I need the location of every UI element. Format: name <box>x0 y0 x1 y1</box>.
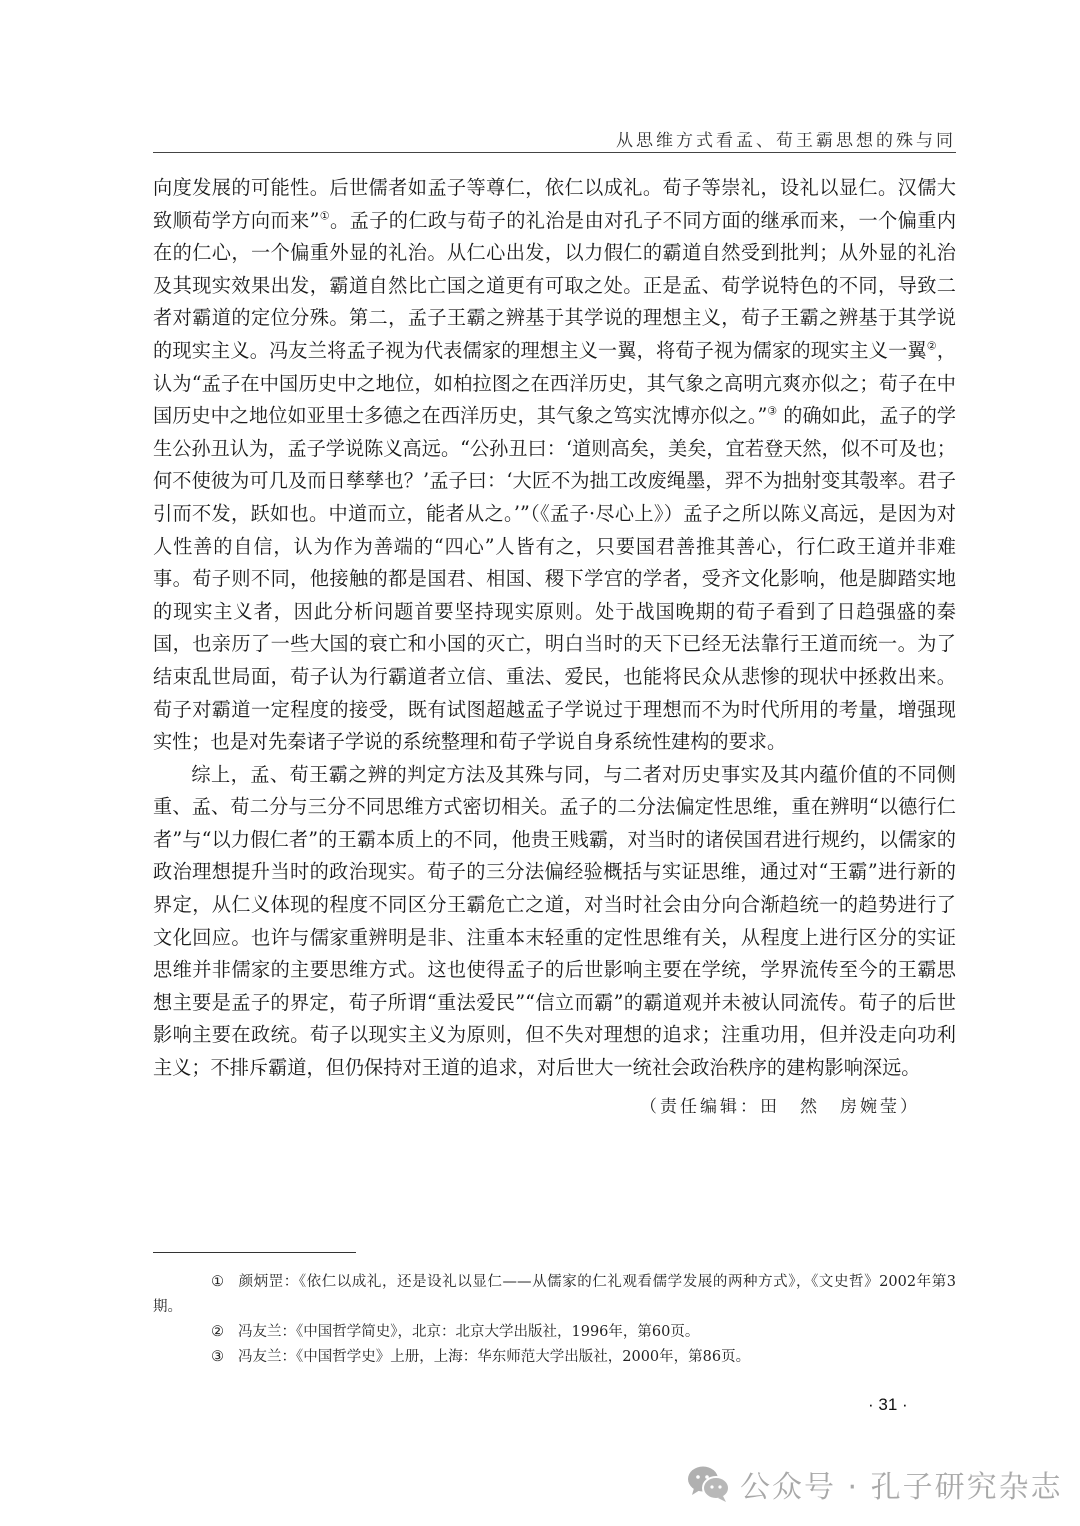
running-head: 从思维方式看孟、荀王霸思想的殊与同 <box>153 126 956 151</box>
footnote-ref[interactable]: ② <box>927 340 937 353</box>
paragraph: 向度发展的可能性。后世儒者如孟子等尊仁，依仁以成礼。荀子等崇礼，设礼以显仁。汉儒… <box>153 172 956 759</box>
editor-credit: （责任编辑：田 然 房婉莹） <box>600 1092 920 1117</box>
paragraph-text: 的确如此，孟子的学生公孙丑认为，孟子学说陈义高远。“公孙丑曰：‘道则高矣，美矣，… <box>153 404 956 753</box>
header-rule <box>153 152 956 153</box>
footnote-item: ③冯友兰：《中国哲学史》上册，上海：华东师范大学出版社，2000年，第86页。 <box>153 1345 956 1370</box>
watermark-text: 公众号 · 孔子研究杂志 <box>740 1462 1063 1506</box>
footnote-item: ①颜炳罡：《依仁以成礼，还是设礼以显仁——从儒家的仁礼观看儒学发展的两种方式》，… <box>153 1270 956 1320</box>
watermark: 公众号 · 孔子研究杂志 <box>686 1462 1063 1506</box>
footnote-text: 颜炳罡：《依仁以成礼，还是设礼以显仁——从儒家的仁礼观看儒学发展的两种方式》，《… <box>153 1274 956 1315</box>
footnote-text: 冯友兰：《中国哲学史》上册，上海：华东师范大学出版社，2000年，第86页。 <box>238 1349 750 1365</box>
article-body: 向度发展的可能性。后世儒者如孟子等尊仁，依仁以成礼。荀子等崇礼，设礼以显仁。汉儒… <box>153 172 956 1085</box>
paragraph-text: 综上，孟、荀王霸之辨的判定方法及其殊与同，与二者对历史事实及其内蕴价值的不同侧重… <box>153 763 956 1079</box>
footnote-mark: ③ <box>182 1345 224 1370</box>
wechat-icon <box>686 1464 732 1504</box>
footnote-ref[interactable]: ① <box>319 209 330 222</box>
footnote-ref[interactable]: ③ <box>767 405 777 418</box>
paragraph: 综上，孟、荀王霸之辨的判定方法及其殊与同，与二者对历史事实及其内蕴价值的不同侧重… <box>153 759 956 1085</box>
footnote-item: ②冯友兰：《中国哲学简史》，北京：北京大学出版社，1996年，第60页。 <box>153 1320 956 1345</box>
footnote-rule <box>153 1252 356 1253</box>
footnotes: ①颜炳罡：《依仁以成礼，还是设礼以显仁——从儒家的仁礼观看儒学发展的两种方式》，… <box>153 1270 956 1370</box>
page-number: · 31 · <box>868 1395 908 1415</box>
footnote-mark: ② <box>182 1320 224 1345</box>
footnote-text: 冯友兰：《中国哲学简史》，北京：北京大学出版社，1996年，第60页。 <box>238 1324 699 1340</box>
footnote-mark: ① <box>182 1270 224 1295</box>
